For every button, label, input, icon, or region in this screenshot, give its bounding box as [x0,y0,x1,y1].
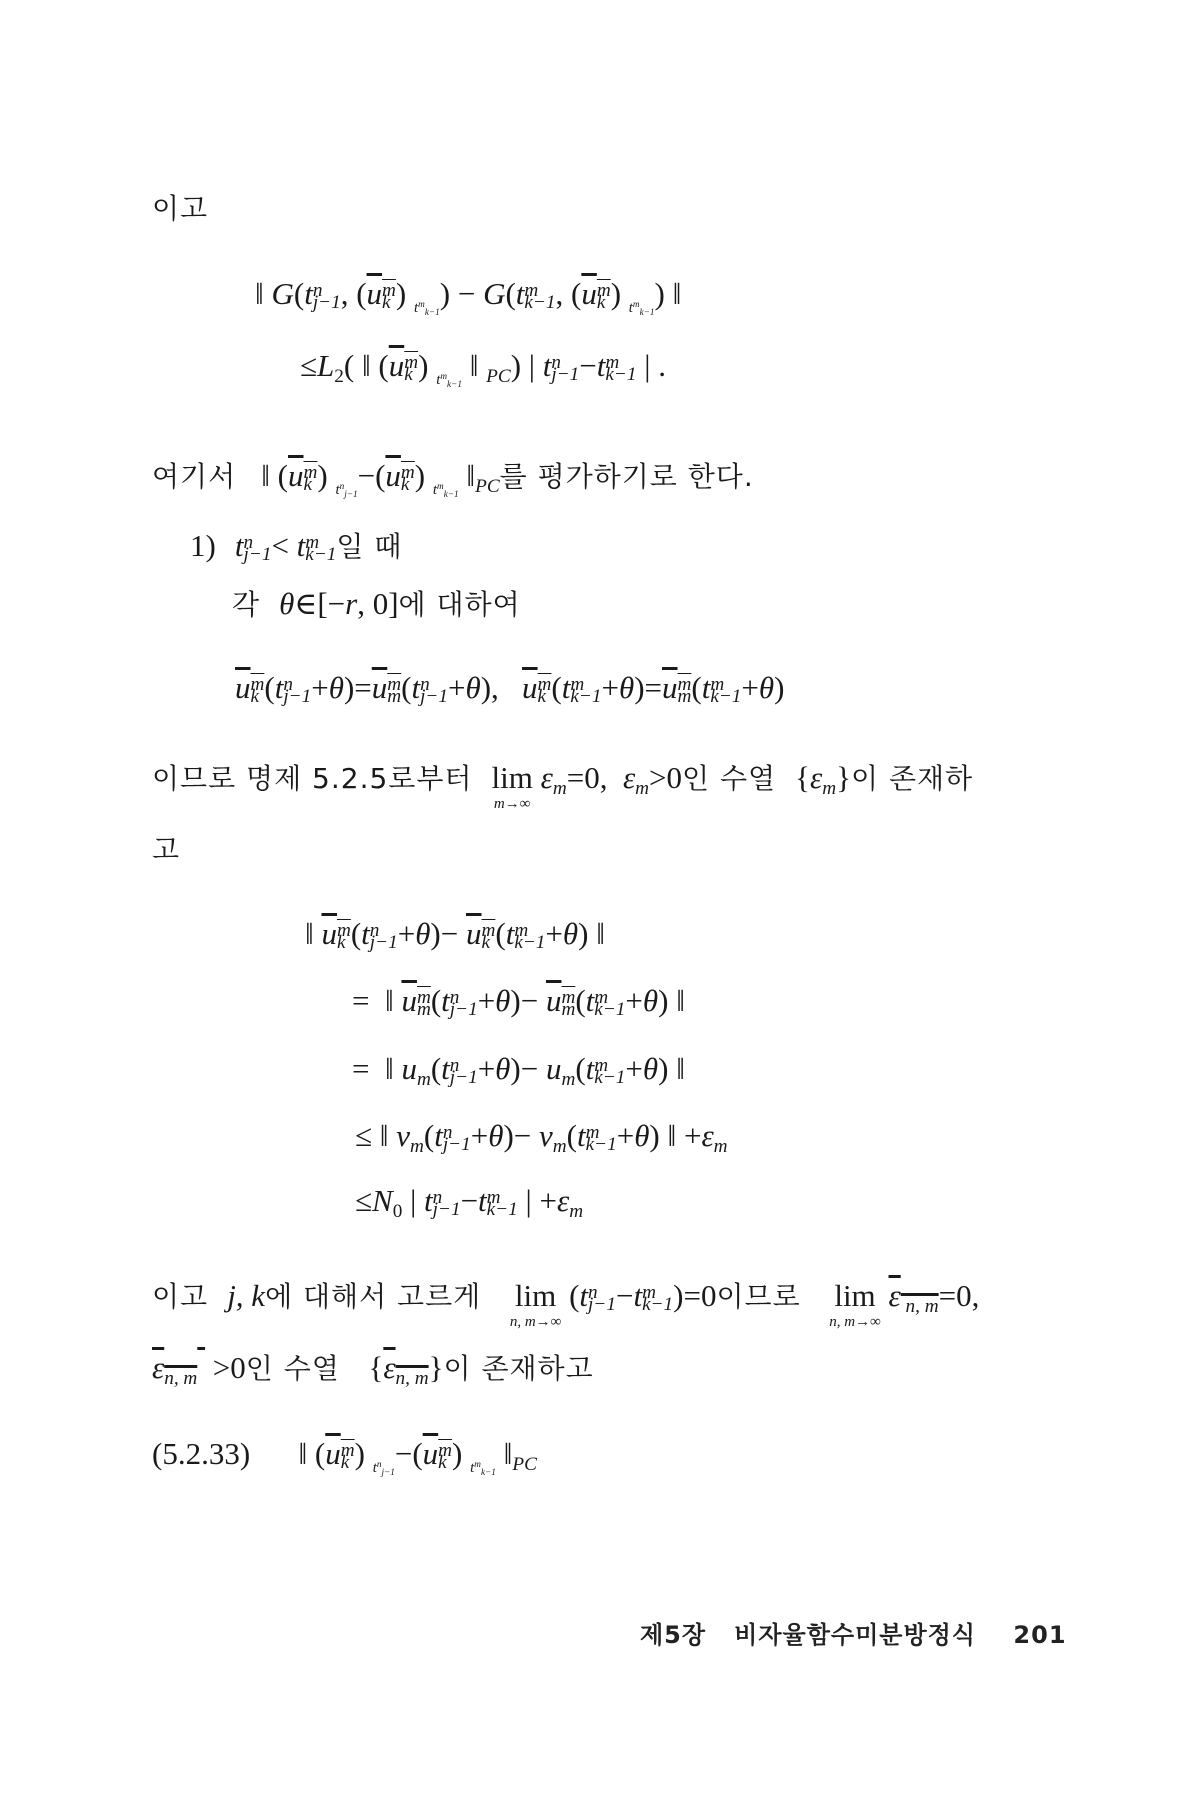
norm-symbol: ‖ [385,1051,394,1086]
math-symbol: ε [152,1350,164,1385]
norm-symbol: ‖ [470,348,479,383]
math-symbol: ε [701,1118,713,1153]
math-sub: 0 [393,1201,403,1222]
math-sub: j−1 [313,293,341,312]
lim-subscript: n, m→∞ [510,1315,562,1330]
text-fragment: 이 존재하 [851,762,973,795]
math-op: + [471,1118,488,1153]
math-sub: PC [486,366,511,387]
math-symbol: t [335,482,339,498]
math-symbol: u [581,276,597,311]
math-symbol: t [411,670,420,705]
math-symbol: θ [643,1051,658,1086]
math-symbol: u [546,1051,562,1086]
math-sub: k−1 [642,1295,673,1314]
math-op: + [625,1051,642,1086]
math-symbol: t [562,670,571,705]
math-symbol: u [389,348,405,383]
math-sub: m [569,1201,583,1222]
math-sub: k−1 [305,545,336,564]
math-symbol: v [539,1118,553,1153]
text-fragment: 일 때 [336,530,402,563]
norm-symbol: ‖ [676,983,685,1018]
math-op: − [395,1436,412,1471]
math-sub: m [553,778,567,799]
math-sub: m [561,1000,575,1019]
math-op: + [684,1118,701,1153]
math-op: = [352,1051,369,1086]
math-vars: j, k [227,1278,265,1313]
math-sub: j−1 [450,1000,478,1019]
math-symbol: θ [563,916,578,951]
lim-text: lim [834,1278,875,1313]
text-fragment: 에 대해서 고르게 [265,1280,481,1313]
math-symbol: t [424,1183,433,1218]
math-sub: j−1 [420,687,448,706]
text-fragment: 이 존재하고 [444,1352,594,1385]
math-number: 0 [230,1350,246,1385]
footer-title: 비자율함수미분방정식 [734,1621,976,1649]
math-op: > [213,1350,230,1385]
text-evaluation-statement: 여기서 ‖ (umk) tnj−1−(umk) tmk−1 ‖PC를 평가하기로… [152,460,754,494]
equation-chain-line-2: = ‖ umm(tnj−1+θ)− umm(tmk−1+θ) ‖ [352,985,685,1019]
math-op: − [521,983,538,1018]
text-go: 고 [152,836,180,864]
math-sub: m [678,687,692,706]
norm-symbol: ‖ [596,916,605,951]
equation-u-equalities: umk(tnj−1+θ)=umm(tnj−1+θ), umk(tmk−1+θ)=… [235,672,784,706]
footer-chapter: 제5장 [640,1621,706,1649]
math-op: − [441,916,458,951]
math-sub: k−1 [594,1068,625,1087]
math-sub: m [635,778,649,799]
math-symbol: u [325,1436,341,1471]
math-symbol: ε [383,1350,395,1385]
math-op: = [354,670,371,705]
math-symbol: u [385,458,401,493]
case-label: 1) [190,528,216,563]
math-op: > [649,760,666,795]
math-symbol: θ [759,670,774,705]
math-sub: j−1 [551,365,579,384]
math-symbol: u [321,916,337,951]
math-symbol: u [546,983,562,1018]
math-symbol: t [586,1051,595,1086]
math-op: − [579,348,596,383]
math-symbol: ε [889,1278,901,1313]
limit-operator: limn, m→∞ [510,1280,562,1330]
math-op: = [645,670,662,705]
math-symbol: t [235,528,244,563]
math-op: + [478,983,495,1018]
math-sub: 2 [334,366,344,387]
math-sub: PC [512,1454,537,1475]
math-op: − [461,1183,478,1218]
math-symbol: θ [488,1118,503,1153]
page-number: 201 [1013,1621,1066,1649]
math-sub: k−1 [514,933,545,952]
text-fragment: 인 수열 [682,762,776,795]
math-symbol: θ [634,1118,649,1153]
math-symbol: ε [541,760,553,795]
math-sub: j−1 [588,1295,616,1314]
math-symbol: u [401,1051,417,1086]
math-symbol: t [506,916,515,951]
math-op: < [271,528,288,563]
math-sub: k−1 [605,365,636,384]
math-symbol: t [478,1183,487,1218]
norm-symbol: ‖ [673,276,682,311]
math-sub: k−1 [586,1135,617,1154]
math-op: + [617,1118,634,1153]
math-op: ≤ [300,348,317,383]
norm-symbol: ‖ [255,276,264,311]
text-sequence-exists: εn, m >0인 수열 {εn, m}이 존재하고 [152,1352,594,1384]
math-symbol: θ [415,916,430,951]
math-op: + [625,983,642,1018]
math-sub: j−1 [443,1135,471,1154]
math-op: − [514,1118,531,1153]
math-number: 0 [667,760,683,795]
math-op: ≤ [355,1118,372,1153]
math-op: + [311,670,328,705]
math-sub: j−1 [344,489,357,499]
text-fragment: 에 대하여 [399,588,521,621]
math-symbol: θ [495,1051,510,1086]
lim-subscript: n, m→∞ [829,1315,881,1330]
norm-symbol: ‖ [676,1051,685,1086]
text-fragment: 이므로 명제 5.2.5로부터 [152,762,472,795]
math-sub: j−1 [244,545,272,564]
math-symbol: t [633,1278,642,1313]
math-sup: m [474,1459,481,1469]
limit-operator: limn, m→∞ [829,1280,881,1330]
math-sub: j−1 [283,687,311,706]
math-op: + [539,1183,556,1218]
math-symbol: t [434,1118,443,1153]
math-sub: n, m [164,1368,197,1389]
math-op: + [545,916,562,951]
math-number: 0 [701,1278,717,1313]
abs-bar: | [526,1183,532,1218]
math-sub: k−1 [594,1000,625,1019]
equation-lipschitz-bound: ≤L2( ‖ (umk) tmk−1 ‖ PC) | tnj−1−tmk−1 |… [300,350,666,384]
norm-symbol: ‖ [385,983,394,1018]
math-sup: m [437,481,444,491]
math-sub: k−1 [481,1467,496,1477]
math-symbol: G [483,276,505,311]
math-sub: n, m [396,1368,429,1389]
math-sub: k−1 [710,687,741,706]
math-symbol: u [522,670,538,705]
norm-symbol: ‖ [466,458,475,493]
math-sub: j−1 [450,1068,478,1087]
text-fragment: 이고 [152,192,208,225]
math-symbol: u [662,670,678,705]
math-symbol: t [702,670,711,705]
math-op: − [458,276,475,311]
math-symbol: θ [329,670,344,705]
math-number: 0 [956,1278,972,1313]
math-sup: m [418,299,425,309]
math-symbol: G [271,276,293,311]
math-op: + [398,916,415,951]
math-sub: j−1 [381,1467,394,1477]
math-symbol: r [345,586,357,621]
norm-symbol: ‖ [298,1436,307,1471]
norm-symbol: ‖ [261,458,270,493]
math-symbol: t [516,276,525,311]
math-op: = [683,1278,700,1313]
math-symbol: ε [557,1183,569,1218]
math-op: − [616,1278,633,1313]
math-sub: m [410,1136,424,1157]
math-op: = [352,983,369,1018]
math-symbol: θ [279,586,294,621]
text-proposition-limit: 이므로 명제 5.2.5로부터 limm→∞ εm=0, εm>0인 수열 {ε… [152,762,973,812]
math-symbol: t [441,983,450,1018]
lim-text: lim [492,760,533,795]
text-igo: 이고 [152,195,208,223]
math-sub: PC [475,476,500,497]
math-symbol: t [579,1278,588,1313]
math-sub: m [714,1136,728,1157]
math-number: 0 [373,586,389,621]
math-sub: m [417,1000,431,1019]
math-sub: j−1 [433,1200,461,1219]
math-sub: m [822,778,836,799]
text-for-each-theta: 각 θ∈[−r, 0]에 대하여 [232,588,521,620]
math-symbol: θ [495,983,510,1018]
lim-text: lim [515,1278,556,1313]
math-symbol: θ [619,670,634,705]
math-sup: m [633,299,640,309]
equation-chain-line-3: = ‖ um(tnj−1+θ)− um(tmk−1+θ) ‖ [352,1053,685,1087]
math-sub: n, m [906,1296,939,1317]
math-op: − [358,458,375,493]
math-symbol: v [396,1118,410,1153]
text-fragment: 이고 [152,1280,208,1313]
page-footer: 제5장 비자율함수미분방정식 201 [640,1615,1067,1650]
math-op: + [478,1051,495,1086]
math-op: = [939,1278,956,1313]
math-op: + [741,670,758,705]
text-uniform-limit: 이고 j, k에 대해서 고르게 limn, m→∞ (tnj−1−tmk−1)… [152,1280,979,1330]
math-symbol: θ [643,983,658,1018]
math-symbol: u [235,670,251,705]
text-fragment: 각 [232,588,260,621]
math-sup: m [440,371,447,381]
equation-g-difference: ‖ G(tnj−1, (umk) tmk−1) − G(tmk−1, (umk)… [255,278,681,312]
math-op: − [328,586,345,621]
math-op: − [521,1051,538,1086]
math-sub: k−1 [640,307,655,317]
math-symbol: u [423,1436,439,1471]
math-symbol: u [466,916,482,951]
math-sub: m [553,1136,567,1157]
abs-bar: | [410,1183,416,1218]
math-symbol: t [361,916,370,951]
math-op: = [567,760,584,795]
math-symbol: u [367,276,383,311]
math-sub: j−1 [370,933,398,952]
math-op: + [448,670,465,705]
math-symbol: t [597,348,606,383]
math-symbol: N [372,1183,393,1218]
text-fragment: 를 평가하기로 한다. [500,460,754,493]
math-sub: m [417,1069,431,1090]
math-symbol: t [577,1118,586,1153]
equation-label: (5.2.33) [152,1436,250,1471]
text-fragment: 여기서 [152,460,236,493]
math-sub: k−1 [444,489,459,499]
math-sub: k−1 [487,1200,518,1219]
math-sub: k−1 [447,379,462,389]
abs-bar: | [529,348,535,383]
norm-symbol: ‖ [380,1118,389,1153]
math-sub: m [561,1069,575,1090]
math-symbol: t [441,1051,450,1086]
math-symbol: ε [810,760,822,795]
norm-symbol: ‖ [362,348,371,383]
math-symbol: ε [623,760,635,795]
equation-5-2-33: (5.2.33) ‖ (umk) tnj−1−(umk) tmk−1 ‖PC [152,1438,537,1472]
math-symbol: L [317,348,334,383]
math-symbol: u [401,983,417,1018]
text-fragment: 이므로 [716,1280,800,1313]
math-sub: k−1 [570,687,601,706]
math-sub: k−1 [524,293,555,312]
math-symbol: u [288,458,304,493]
math-number: 0 [584,760,600,795]
math-op: ≤ [355,1183,372,1218]
math-symbol: t [304,276,313,311]
text-fragment: 고 [152,833,180,866]
math-symbol: t [297,528,306,563]
math-sub: k−1 [425,307,440,317]
case-1-heading: 1) tnj−1< tmk−1일 때 [190,530,402,564]
math-symbol: t [586,983,595,1018]
norm-symbol: ‖ [305,916,314,951]
norm-symbol: ‖ [668,1118,677,1153]
equation-chain-line-5: ≤N0 | tnj−1−tmk−1 | +εm [355,1185,583,1219]
math-symbol: u [372,670,388,705]
math-op: + [601,670,618,705]
math-symbol: θ [465,670,480,705]
math-sub: m [387,687,401,706]
limit-operator: limm→∞ [492,762,533,812]
text-fragment: 인 수열 [246,1352,340,1385]
equation-chain-line-1: ‖ umk(tnj−1+θ)− umk(tmk−1+θ) ‖ [305,918,605,952]
math-op: ∈ [294,586,317,621]
lim-subscript: m→∞ [492,797,533,812]
equation-chain-line-4: ≤ ‖ vm(tnj−1+θ)− vm(tmk−1+θ) ‖ +εm [355,1120,728,1154]
